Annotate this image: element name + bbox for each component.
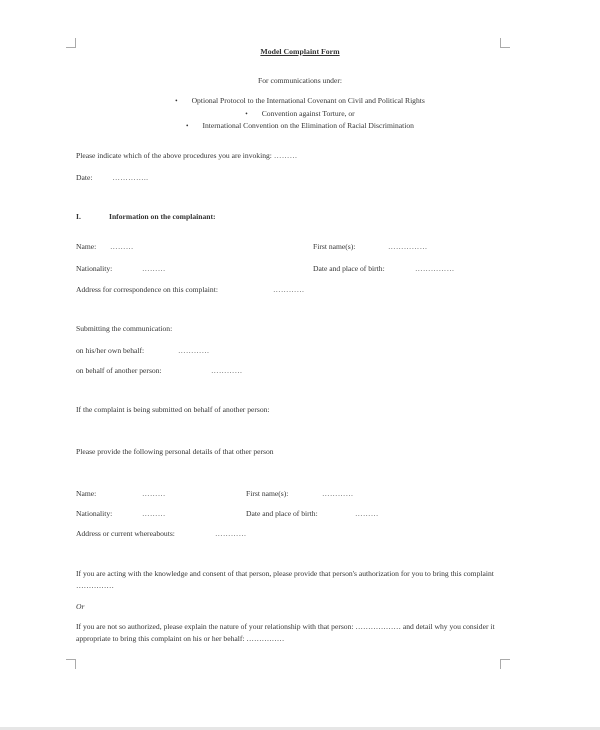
other-nationality-label: Nationality: bbox=[76, 510, 112, 518]
other-person-details-intro: Please provide the following personal de… bbox=[76, 448, 274, 456]
other-birth-field[interactable]: ……… bbox=[355, 510, 379, 518]
document-title: Model Complaint Form bbox=[0, 48, 600, 56]
margin-corner-top-right bbox=[500, 38, 510, 48]
other-address-label: Address or current whereabouts: bbox=[76, 530, 175, 538]
complainant-nationality-label: Nationality: bbox=[76, 265, 112, 273]
submitting-heading: Submitting the communication: bbox=[76, 325, 172, 333]
own-behalf-field[interactable]: ………… bbox=[178, 347, 210, 355]
own-behalf-label: on his/her own behalf: bbox=[76, 347, 144, 355]
other-person-intro: If the complaint is being submitted on b… bbox=[76, 406, 270, 414]
other-birth-label: Date and place of birth: bbox=[246, 510, 318, 518]
procedure-item: •Optional Protocol to the International … bbox=[0, 97, 600, 105]
complainant-birth-field[interactable]: …………… bbox=[415, 265, 454, 273]
margin-corner-top-left bbox=[66, 38, 76, 48]
complainant-birth-label: Date and place of birth: bbox=[313, 265, 385, 273]
complainant-name-field[interactable]: ……… bbox=[110, 243, 134, 251]
complainant-name-label: Name: bbox=[76, 243, 96, 251]
complainant-address-label: Address for correspondence on this compl… bbox=[76, 286, 218, 294]
not-authorized-paragraph: If you are not so authorized, please exp… bbox=[76, 621, 496, 645]
complainant-first-names-field[interactable]: …………… bbox=[388, 243, 427, 251]
date-field[interactable]: ………….. bbox=[112, 173, 148, 182]
margin-corner-bottom-left bbox=[66, 659, 76, 669]
procedure-question: Please indicate which of the above proce… bbox=[76, 152, 298, 160]
complainant-first-names-label: First name(s): bbox=[313, 243, 355, 251]
other-name-label: Name: bbox=[76, 490, 96, 498]
bullet-icon: • bbox=[175, 98, 177, 105]
procedure-item: •International Convention on the Elimina… bbox=[0, 122, 600, 130]
other-first-names-label: First name(s): bbox=[246, 490, 288, 498]
bullet-icon: • bbox=[245, 111, 247, 118]
margin-corner-bottom-right bbox=[500, 659, 510, 669]
other-nationality-field[interactable]: ……… bbox=[142, 510, 166, 518]
complainant-nationality-field[interactable]: ……… bbox=[142, 265, 166, 273]
procedure-item: •Convention against Torture, or bbox=[0, 110, 600, 118]
other-name-field[interactable]: ……… bbox=[142, 490, 166, 498]
another-behalf-label: on behalf of another person: bbox=[76, 367, 162, 375]
section-number: I. bbox=[76, 213, 81, 221]
other-first-names-field[interactable]: ………… bbox=[322, 490, 354, 498]
section-heading: Information on the complainant: bbox=[109, 213, 216, 221]
authorization-paragraph: If you are acting with the knowledge and… bbox=[76, 568, 496, 592]
bullet-icon: • bbox=[186, 123, 188, 130]
intro-text: For communications under: bbox=[0, 77, 600, 85]
another-behalf-field[interactable]: ………… bbox=[211, 367, 243, 375]
other-address-field[interactable]: ………… bbox=[215, 530, 247, 538]
or-text: Or bbox=[76, 603, 84, 611]
date-line: Date: ………….. bbox=[76, 174, 148, 182]
document-page: Model Complaint Form For communications … bbox=[0, 0, 600, 730]
complainant-address-field[interactable]: ………… bbox=[273, 286, 305, 294]
procedure-question-field[interactable]: ……… bbox=[274, 151, 298, 160]
